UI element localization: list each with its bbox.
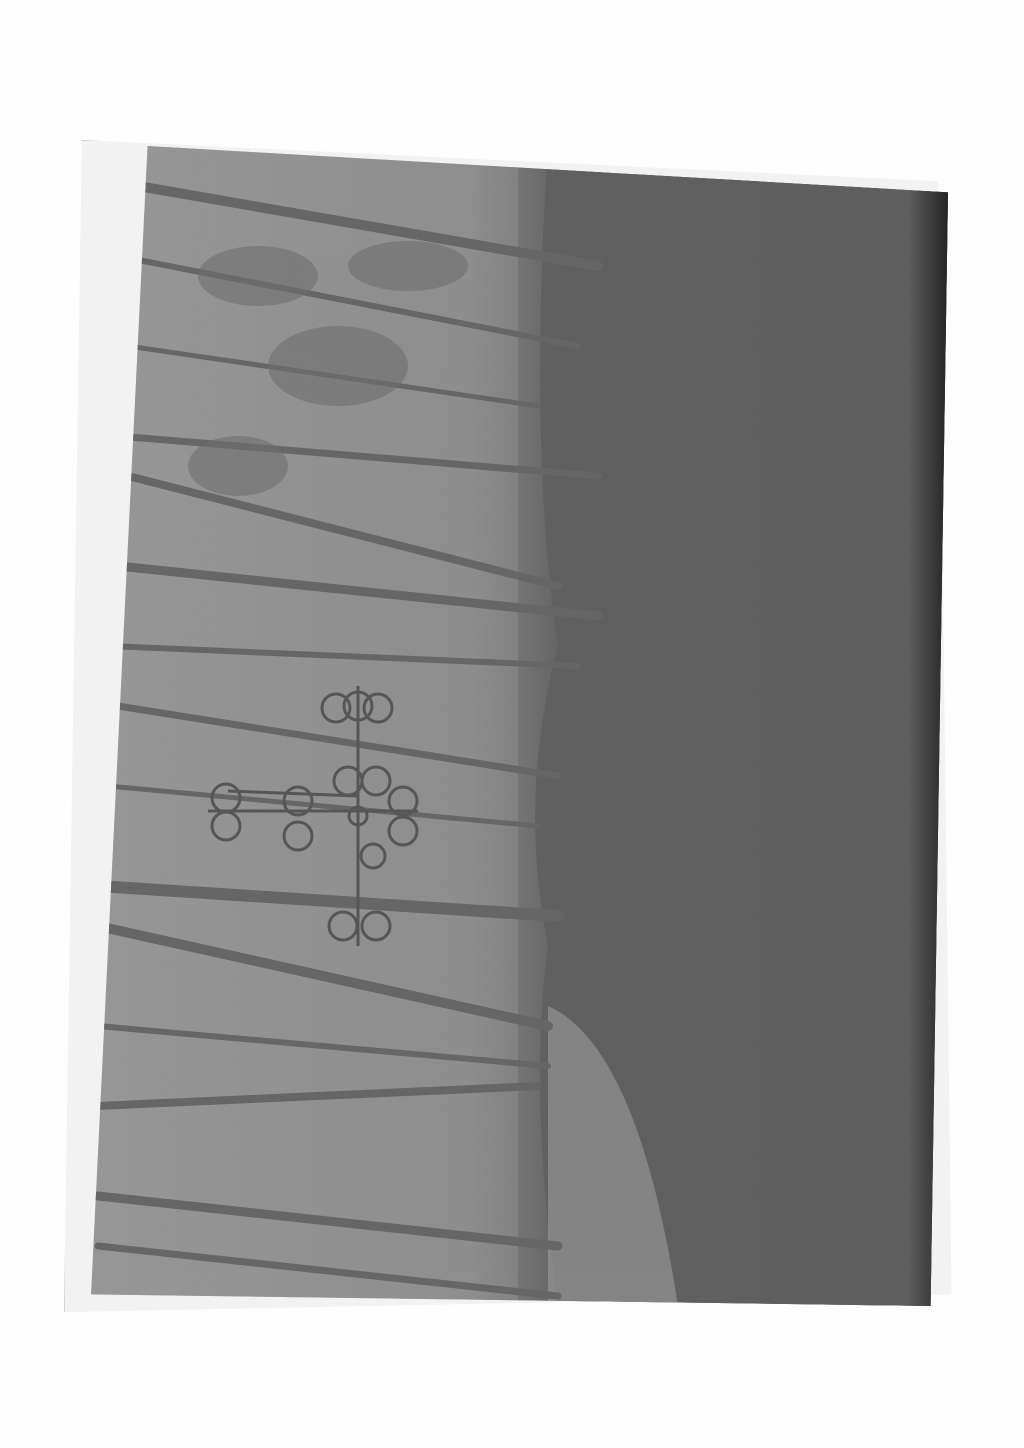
forest-scene bbox=[78, 146, 948, 1306]
scanned-page bbox=[0, 0, 1024, 1448]
vintage-photograph bbox=[78, 146, 948, 1306]
